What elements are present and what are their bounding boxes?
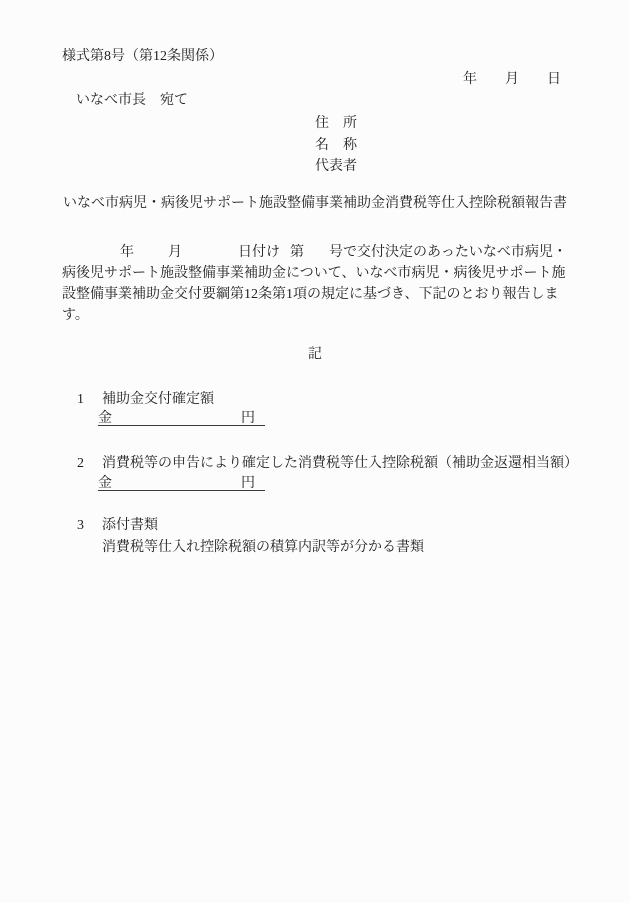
applicant-name-label: 名 称 bbox=[315, 138, 357, 153]
body-line-4: す。 bbox=[62, 305, 572, 326]
document-title: いなべ市病児・病後児サポート施設整備事業補助金消費税等仕入控除税額報告書 bbox=[0, 196, 630, 212]
addressee: いなべ市長 宛て bbox=[76, 93, 188, 108]
body-line-1: 年月日付け第号で交付決定のあったいなべ市病児・ bbox=[62, 242, 572, 263]
item-3-title: 添付書類 bbox=[102, 518, 158, 533]
body-paragraph: 年月日付け第号で交付決定のあったいなべ市病児・ 病後児サポート施設整備事業補助金… bbox=[62, 242, 572, 326]
item-3-number: 3 bbox=[77, 518, 84, 533]
applicant-representative-label: 代表者 bbox=[315, 159, 357, 174]
item-1-title: 補助金交付確定額 bbox=[102, 392, 214, 407]
item-1-number: 1 bbox=[77, 392, 84, 407]
applicant-address-label: 住 所 bbox=[315, 116, 357, 131]
blank-year-label: 年 bbox=[120, 242, 134, 263]
item-1-amount-unit: 円 bbox=[241, 411, 255, 425]
document-page: 様式第8号（第12条関係） 年 月 日 いなべ市長 宛て 住 所 名 称 代表者… bbox=[0, 0, 630, 903]
blank-month-label: 月 bbox=[168, 242, 182, 263]
item-2-amount-prefix: 金 bbox=[98, 476, 112, 490]
item-2-amount-field: 金 円 bbox=[98, 476, 265, 491]
body-line-3: 設整備事業補助金交付要綱第12条第1項の規定に基づき、下記のとおり報告しま bbox=[62, 284, 572, 305]
body-line-2: 病後児サポート施設整備事業補助金について、いなべ市病児・病後児サポート施 bbox=[62, 263, 572, 284]
item-3-note: 消費税等仕入れ控除税額の積算内訳等が分かる書類 bbox=[102, 540, 424, 555]
item-1-amount-prefix: 金 bbox=[98, 411, 112, 425]
item-2-amount-unit: 円 bbox=[241, 476, 255, 490]
body-line-1-text: 号で交付決定のあったいなべ市病児・ bbox=[329, 242, 567, 263]
blank-day-label: 日付け bbox=[238, 242, 280, 263]
item-2-title: 消費税等の申告により確定した消費税等仕入控除税額（補助金返還相当額） bbox=[102, 456, 578, 471]
item-2-number: 2 bbox=[77, 456, 84, 471]
record-marker: 記 bbox=[0, 347, 630, 363]
form-number: 様式第8号（第12条関係） bbox=[62, 49, 223, 64]
item-1-amount-field: 金 円 bbox=[98, 411, 265, 426]
date-line: 年 月 日 bbox=[463, 72, 561, 87]
blank-doc-number-prefix: 第 bbox=[290, 242, 304, 263]
